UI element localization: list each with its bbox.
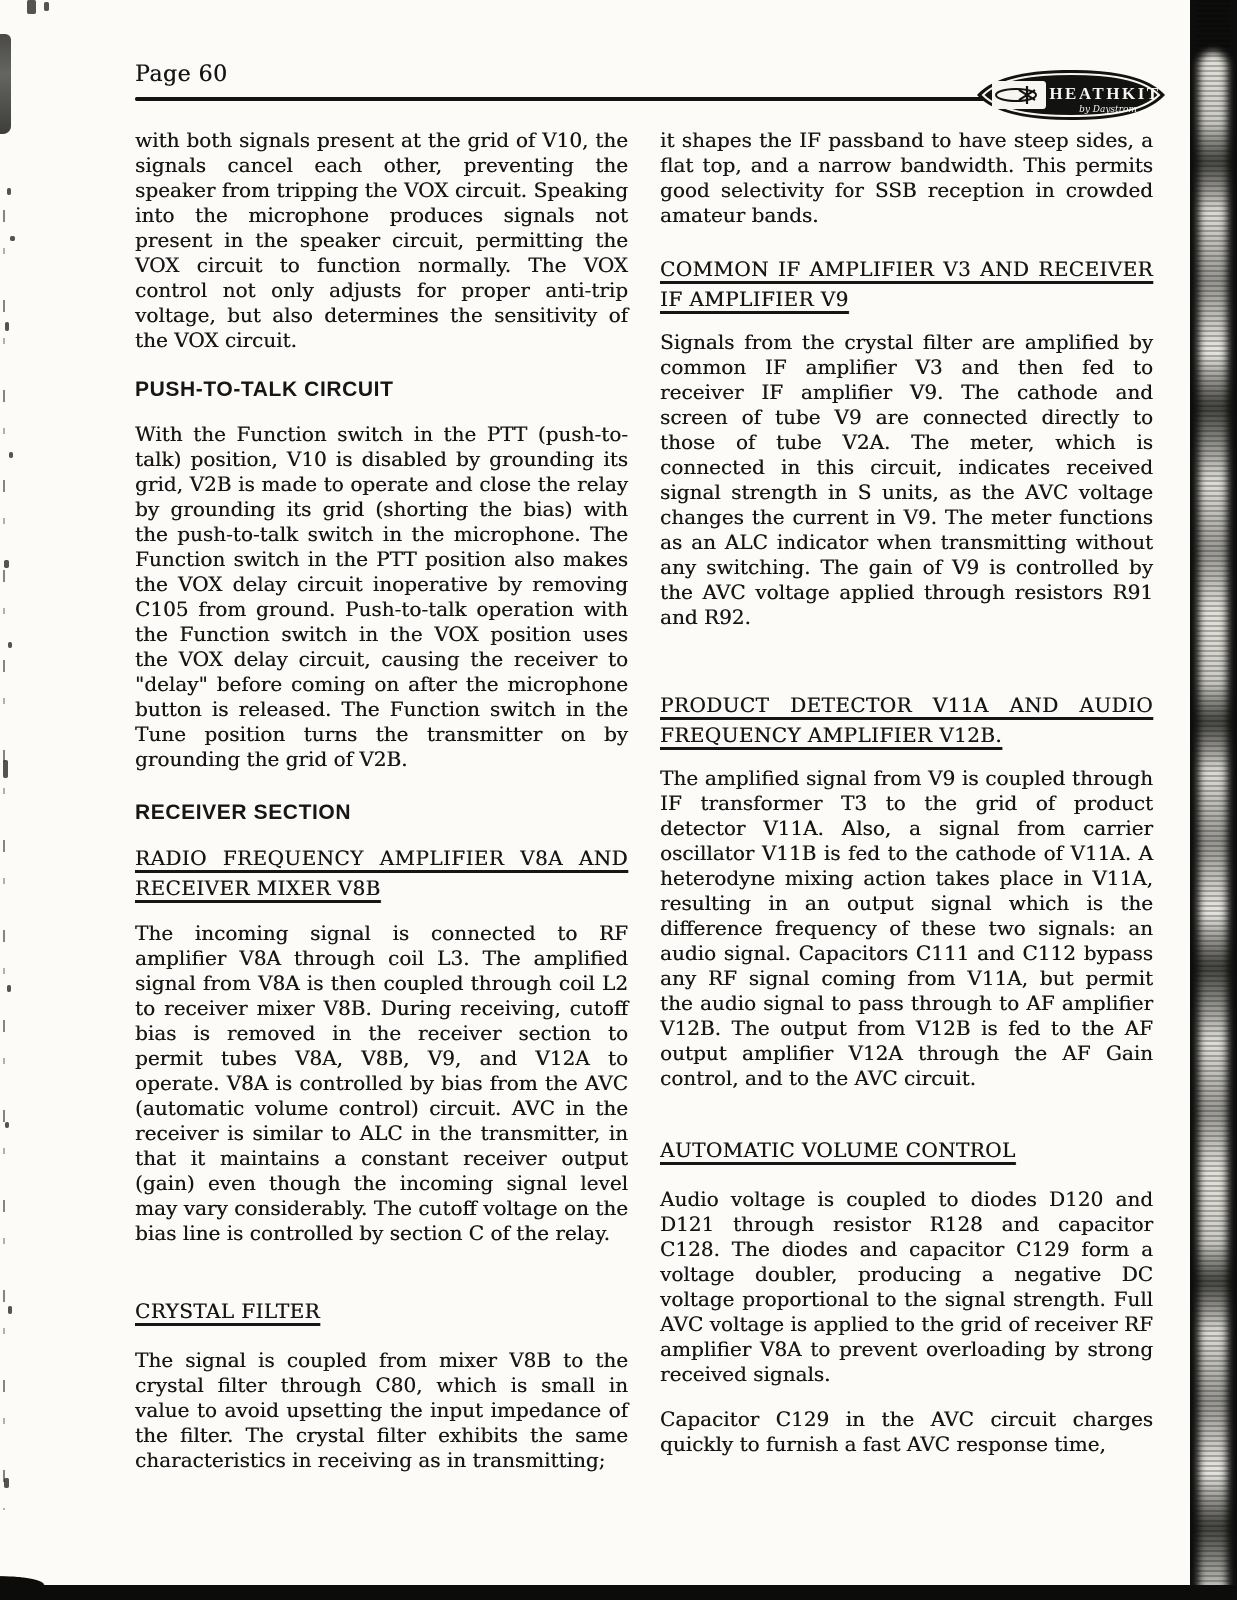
scan-speck: [10, 236, 15, 241]
scan-edge-dashes: [3, 210, 5, 1510]
heading-product-detector: PRODUCT DETECTOR V11A AND AUDIO FREQUENC…: [660, 690, 1153, 750]
scan-speck: [5, 322, 9, 331]
paragraph-common-if-amplifier: Signals from the crystal filter are ampl…: [660, 330, 1153, 630]
scan-speck: [4, 560, 9, 568]
heading-receiver-section: RECEIVER SECTION: [135, 800, 628, 825]
scan-speck: [8, 1306, 12, 1314]
scan-speck: [5, 1122, 9, 1128]
paragraph-avc: Audio voltage is coupled to diodes D120 …: [660, 1187, 1153, 1387]
paragraph-crystal-filter: The signal is coupled from mixer V8B to …: [135, 1348, 628, 1473]
scan-film-strip: [1190, 0, 1237, 1600]
paragraph-vox-continuation: with both signals present at the grid of…: [135, 128, 628, 353]
scan-speck: [9, 452, 13, 458]
scanned-manual-page: Page 60 HEATHKIT by Daystrom with both s…: [0, 0, 1237, 1600]
scan-speck: [7, 188, 11, 195]
heading-automatic-volume-control: AUTOMATIC VOLUME CONTROL: [660, 1135, 1153, 1165]
paragraph-rf-amplifier: The incoming signal is connected to RF a…: [135, 921, 628, 1246]
heading-push-to-talk: PUSH-TO-TALK CIRCUIT: [135, 377, 628, 402]
scan-speck: [7, 985, 11, 992]
heathkit-logo: HEATHKIT by Daystrom: [975, 68, 1167, 122]
heading-rf-amplifier: RADIO FREQUENCY AMPLIFIER V8A AND RECEIV…: [135, 843, 628, 903]
scan-speck: [27, 0, 36, 14]
scan-speck: [8, 642, 12, 648]
heading-common-if-amplifier: COMMON IF AMPLIFIER V3 AND RECEIVER IF A…: [660, 254, 1153, 314]
paragraph-ptt: With the Function switch in the PTT (pus…: [135, 422, 628, 772]
left-column: with both signals present at the grid of…: [135, 128, 628, 1473]
logo-atom-panel: [992, 81, 1046, 109]
logo-tagline-text: by Daystrom: [1079, 105, 1137, 115]
scan-speck: [44, 2, 49, 11]
bottom-scan-band: [0, 1585, 1237, 1600]
right-column: it shapes the IF passband to have steep …: [660, 128, 1153, 1457]
scan-speck: [3, 760, 8, 778]
paragraph-product-detector: The amplified signal from V9 is coupled …: [660, 766, 1153, 1091]
scan-speck: [4, 1478, 9, 1488]
scan-corner-blob: [0, 34, 11, 134]
paragraph-if-passband: it shapes the IF passband to have steep …: [660, 128, 1153, 228]
logo-brand-text: HEATHKIT: [1049, 84, 1160, 103]
heading-crystal-filter: CRYSTAL FILTER: [135, 1296, 628, 1326]
page-number-label: Page 60: [135, 62, 228, 87]
scan-film-speckle: [1196, 0, 1230, 1600]
paragraph-avc-response: Capacitor C129 in the AVC circuit charge…: [660, 1407, 1153, 1457]
header-rule: [135, 97, 995, 101]
